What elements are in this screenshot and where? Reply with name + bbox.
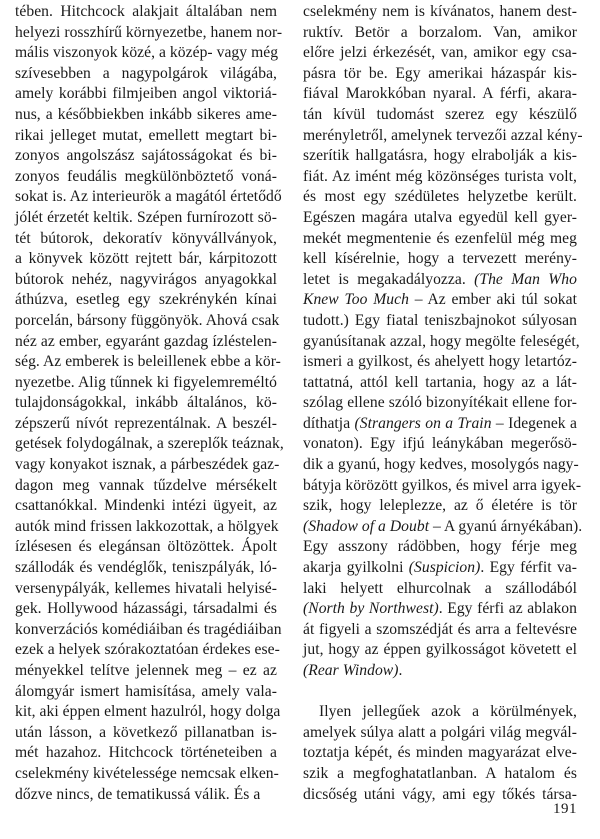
text-line: vagy konyakot isznak, a párbeszédek gaz- [15, 455, 277, 476]
text-line: gyanúsítanak azzal, hogy megölte feleség… [303, 332, 577, 353]
text-line: a könyvek között rejtett bár, kárpitozot… [15, 249, 277, 270]
film-title: (The Man Who [474, 271, 577, 288]
text-line: szik, hogy leleplezze, az ő életére is t… [303, 496, 577, 517]
text-line: előre jelzi érkezését, van, amikor egy c… [303, 43, 577, 64]
text-line: ezek a helyek szórakoztatóan érdekes ese… [15, 640, 277, 661]
text-line: nus, a későbbiekben inkább sikeres ame- [15, 105, 277, 126]
text-line: dik a gyanú, hogy kedves, mosolygós nagy… [303, 455, 577, 476]
text-line: sokat is. Az interieurök a magától értet… [15, 187, 277, 208]
text-line: díthatja (Strangers on a Train – Idegene… [303, 414, 577, 435]
text-line: mét hazahoz. Hitchcock történeteiben a [15, 743, 277, 764]
text-line: laki helyett elhurcolnak a szállodából [303, 579, 577, 600]
text-line: dagon meg vannak tűzdelve mérsékelt [15, 476, 277, 497]
text-line: Egy asszony rádöbben, hogy férje meg [303, 537, 577, 558]
film-title: (Strangers on a Train [355, 415, 492, 432]
text-line: vonaton). Egy ifjú leánykában megerősö- [303, 434, 577, 455]
text-line: (Shadow of a Doubt – A gyanú árnyékában)… [303, 517, 577, 538]
text-line: szerítik hallgatásra, hogy elrabolják a … [303, 146, 577, 167]
text-line: fiával Marokkóban nyaral. A férfi, akara… [303, 84, 577, 105]
text-line: Knew Too Much – Az ember aki túl sokat [303, 290, 577, 311]
page-number: 191 [553, 801, 577, 818]
text-line: porcelán, bársony függönyök. Ahová csak [15, 311, 277, 332]
left-text-column: tében. Hitchcock alakjait általában nemh… [15, 2, 277, 805]
film-title: (Suspicion) [409, 559, 481, 576]
text-line: mális viszonyok közé, a közép- vagy még [15, 43, 277, 64]
text-line: pásra tör be. Egy amerikai házaspár kis- [303, 64, 577, 85]
film-title: (Shadow of a Doubt [303, 518, 429, 535]
text-line: helyezi rosszhírű környezetbe, hanem nor… [15, 23, 277, 44]
text-line: szólag ellene szóló bizonyítékait ellene… [303, 393, 577, 414]
text-line: amely korábbi filmjeiben angol viktoriá- [15, 84, 277, 105]
text-line: (North by Northwest). Egy férfi az ablak… [303, 599, 577, 620]
text-line: amelyek súlya alatt a polgári világ megv… [303, 723, 577, 744]
film-title: (Rear Window) [303, 662, 399, 679]
text-line: autók mind frissen lakkozottak, a hölgye… [15, 517, 277, 538]
text-line: jut, hogy az éppen gyilkosságot követett… [303, 640, 577, 661]
text-line: kell kísérelnie, hogy a tervezett merény… [303, 249, 577, 270]
text-line: és most egy szédületes helyzetbe került. [303, 187, 577, 208]
text-line: versenypályák, kellemes hivatali helyisé… [15, 579, 277, 600]
text-line: zonyos angolszász sajátosságokat és bi- [15, 146, 277, 167]
text-line: tudott.) Egy fiatal teniszbajnokot súlyo… [303, 311, 577, 332]
text-line: néz az ember, egyaránt gazdag ízléstelen… [15, 332, 277, 353]
text-line: csattanókkal. Mindenki intézi ügyeit, az [15, 496, 277, 517]
text-line: szívesebben a nagypolgárok világába, [15, 64, 277, 85]
text-line: szállodák és vendéglők, teniszpályák, ló… [15, 558, 277, 579]
text-line: Ilyen jellegűek azok a körülmények, [303, 702, 577, 723]
text-line: zonyos feudális megkülönböztető voná- [15, 167, 277, 188]
text-line: Egészen magára utalva egyedül kell gyer- [303, 208, 577, 229]
text-line: bútorok nehéz, nagyvirágos anyagokkal [15, 270, 277, 291]
text-line: ség. Az emberek is beleillenek ebbe a kö… [15, 352, 277, 373]
text-line: nyezetbe. Alig tűnnek ki figyelemreméltó [15, 373, 277, 394]
text-line: tét bútorok, dekoratív könyvállványok, [15, 229, 277, 250]
text-line: mekét megmentenie és ezenfelül még meg [303, 229, 577, 250]
text-line: át figyeli a szomszédját és arra a felte… [303, 620, 577, 641]
text-line: ruktív. Betör a borzalom. Van, amikor [303, 23, 577, 44]
text-line: fiát. Az imént még közönséges turista vo… [303, 167, 577, 188]
text-line: toztatja képét, és minden magyarázat elv… [303, 743, 577, 764]
text-line: merényletről, amelynek tervezői azzal ké… [303, 126, 577, 147]
text-line: zépszerű nívót reprezentálnak. A beszél- [15, 414, 277, 435]
text-line: álomgyár ismert hamisítása, amely vala- [15, 682, 277, 703]
text-line: konverzációs komédiáiban és tragédiáiban [15, 620, 277, 641]
paragraph-break [303, 682, 577, 703]
right-text-column: cselekmény nem is kívánatos, hanem dest-… [303, 2, 577, 805]
text-line: áthúzva, esetleg egy szekrénykén kínai [15, 290, 277, 311]
text-line: cselekmény nem is kívánatos, hanem dest- [303, 2, 577, 23]
text-line: cselekmény kivételessége nemcsak elken- [15, 764, 277, 785]
text-line: dicsőség utáni vágy, ami egy tőkés társa… [303, 785, 577, 806]
text-line: szik a megfoghatatlanban. A hatalom és [303, 764, 577, 785]
text-line: jólét érzetét keltik. Szépen furnírozott… [15, 208, 277, 229]
text-line: rikai jelleget mutat, emellett megtart b… [15, 126, 277, 147]
text-line: letet is megakadályozza. (The Man Who [303, 270, 577, 291]
text-line: után lásson, a következő pillanatban is- [15, 723, 277, 744]
film-title: (North by Northwest) [303, 600, 439, 617]
text-line: bátyja körözött gyilkos, és mivel arra i… [303, 476, 577, 497]
text-line: ízlésesen és elegánsan öltözöttek. Ápolt [15, 537, 277, 558]
text-line: dőzve nincs, de tematikussá válik. És a [15, 785, 277, 806]
text-line: getések folydogálnak, a szereplők teázna… [15, 434, 277, 455]
text-line: ményekkel telítve jelennek meg – ez az [15, 661, 277, 682]
text-line: kit, aki éppen elment hazulról, hogy dol… [15, 702, 277, 723]
text-line: akarja gyilkolni (Suspicion). Egy férfit… [303, 558, 577, 579]
text-line: tulajdonságokkal, inkább általános, kö- [15, 393, 277, 414]
film-title: Knew Too Much [303, 291, 409, 308]
text-line: tattatná, attól kell tartania, hogy az a… [303, 373, 577, 394]
text-line: ismeri a gyilkost, és ahelyett hogy leta… [303, 352, 577, 373]
text-line: tán kívül tudomást szerez egy készülő [303, 105, 577, 126]
text-line: gek. Hollywood házassági, társadalmi és [15, 599, 277, 620]
text-line: tében. Hitchcock alakjait általában nem [15, 2, 277, 23]
text-line: (Rear Window). [303, 661, 577, 682]
